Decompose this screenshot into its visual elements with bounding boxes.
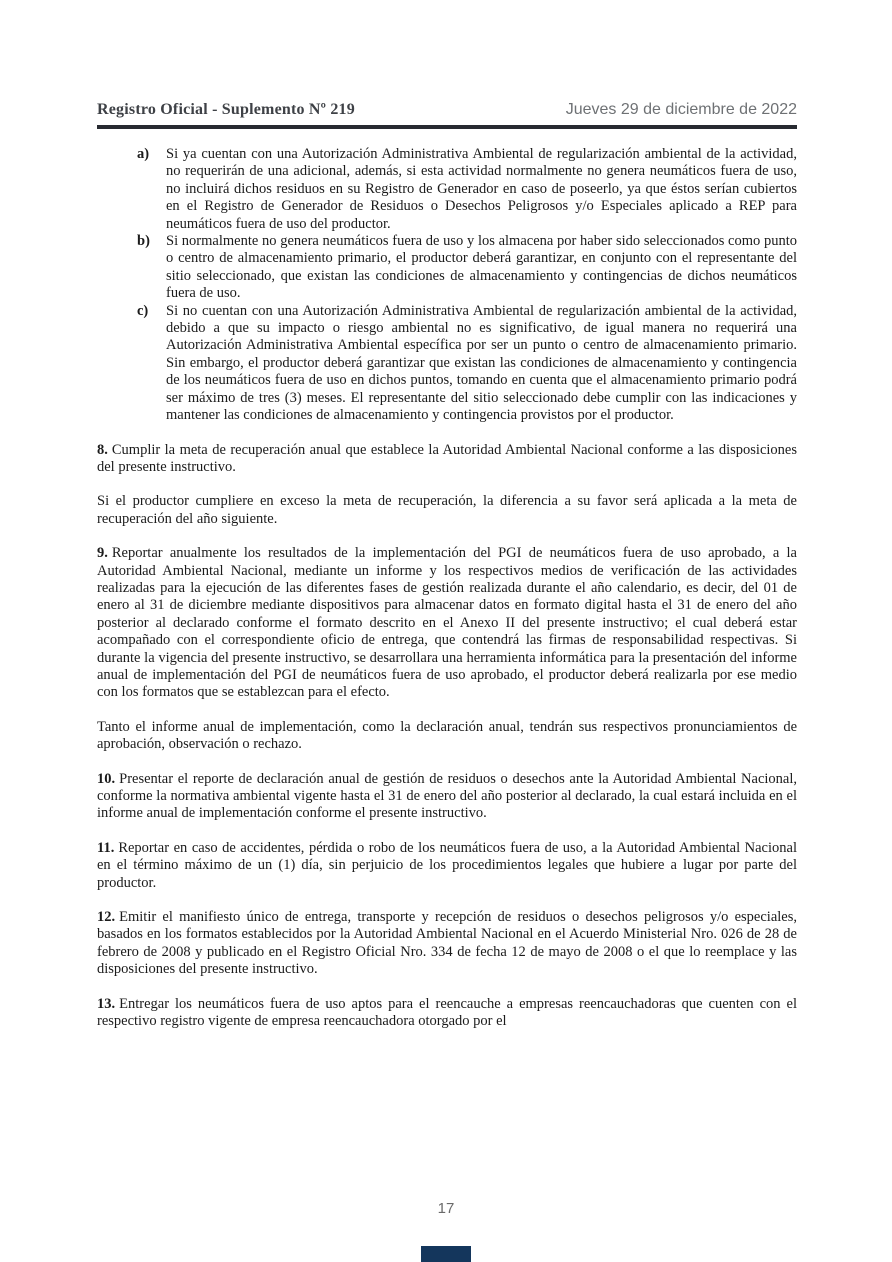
document-page: Registro Oficial - Suplemento Nº 219 Jue… [0, 0, 892, 1262]
numbered-paragraph: 13.Entregar los neumáticos fuera de uso … [97, 996, 797, 1031]
numbered-paragraph: 8.Cumplir la meta de recuperación anual … [97, 442, 797, 477]
lettered-list: a) Si ya cuentan con una Autorización Ad… [137, 146, 797, 425]
gazette-title: Registro Oficial - Suplemento Nº 219 [97, 101, 355, 119]
paragraph-number: 13. [97, 996, 115, 1012]
paragraph-text: Entregar los neumáticos fuera de uso apt… [97, 996, 797, 1029]
gazette-date: Jueves 29 de diciembre de 2022 [566, 101, 797, 119]
paragraph-number: 8. [97, 442, 108, 458]
numbered-paragraph: 10.Presentar el reporte de declaración a… [97, 771, 797, 823]
paragraph-text: Emitir el manifiesto único de entrega, t… [97, 909, 797, 977]
paragraph-number: 11. [97, 840, 114, 856]
list-item: c) Si no cuentan con una Autorización Ad… [137, 303, 797, 425]
list-item: b) Si normalmente no genera neumáticos f… [137, 233, 797, 303]
list-item-text: Si normalmente no genera neumáticos fuer… [166, 233, 797, 303]
paragraph-text: Cumplir la meta de recuperación anual qu… [97, 442, 797, 475]
page-header: Registro Oficial - Suplemento Nº 219 Jue… [97, 101, 797, 119]
list-marker: b) [137, 233, 166, 303]
paragraph-number: 10. [97, 771, 115, 787]
document-body: a) Si ya cuentan con una Autorización Ad… [97, 146, 797, 1030]
numbered-paragraph: 9.Reportar anualmente los resultados de … [97, 545, 797, 702]
page-content: Registro Oficial - Suplemento Nº 219 Jue… [97, 101, 797, 1045]
numbered-paragraph: 12.Emitir el manifiesto único de entrega… [97, 909, 797, 979]
header-rule [97, 125, 797, 129]
paragraph-text: Si el productor cumpliere en exceso la m… [97, 493, 797, 526]
list-item-text: Si no cuentan con una Autorización Admin… [166, 303, 797, 425]
list-item: a) Si ya cuentan con una Autorización Ad… [137, 146, 797, 233]
paragraph-text: Tanto el informe anual de implementación… [97, 719, 797, 752]
paragraph: Tanto el informe anual de implementación… [97, 719, 797, 754]
list-item-text: Si ya cuentan con una Autorización Admin… [166, 146, 797, 233]
paragraph-text: Reportar anualmente los resultados de la… [97, 545, 797, 700]
numbered-paragraph: 11.Reportar en caso de accidentes, pérdi… [97, 840, 797, 892]
paragraph: Si el productor cumpliere en exceso la m… [97, 493, 797, 528]
list-marker: c) [137, 303, 166, 425]
paragraph-text: Presentar el reporte de declaración anua… [97, 771, 797, 822]
list-marker: a) [137, 146, 166, 233]
footer-accent-bar [421, 1246, 471, 1262]
paragraph-number: 12. [97, 909, 115, 925]
page-number: 17 [0, 1200, 892, 1217]
paragraph-number: 9. [97, 545, 108, 561]
paragraph-text: Reportar en caso de accidentes, pérdida … [97, 840, 797, 891]
